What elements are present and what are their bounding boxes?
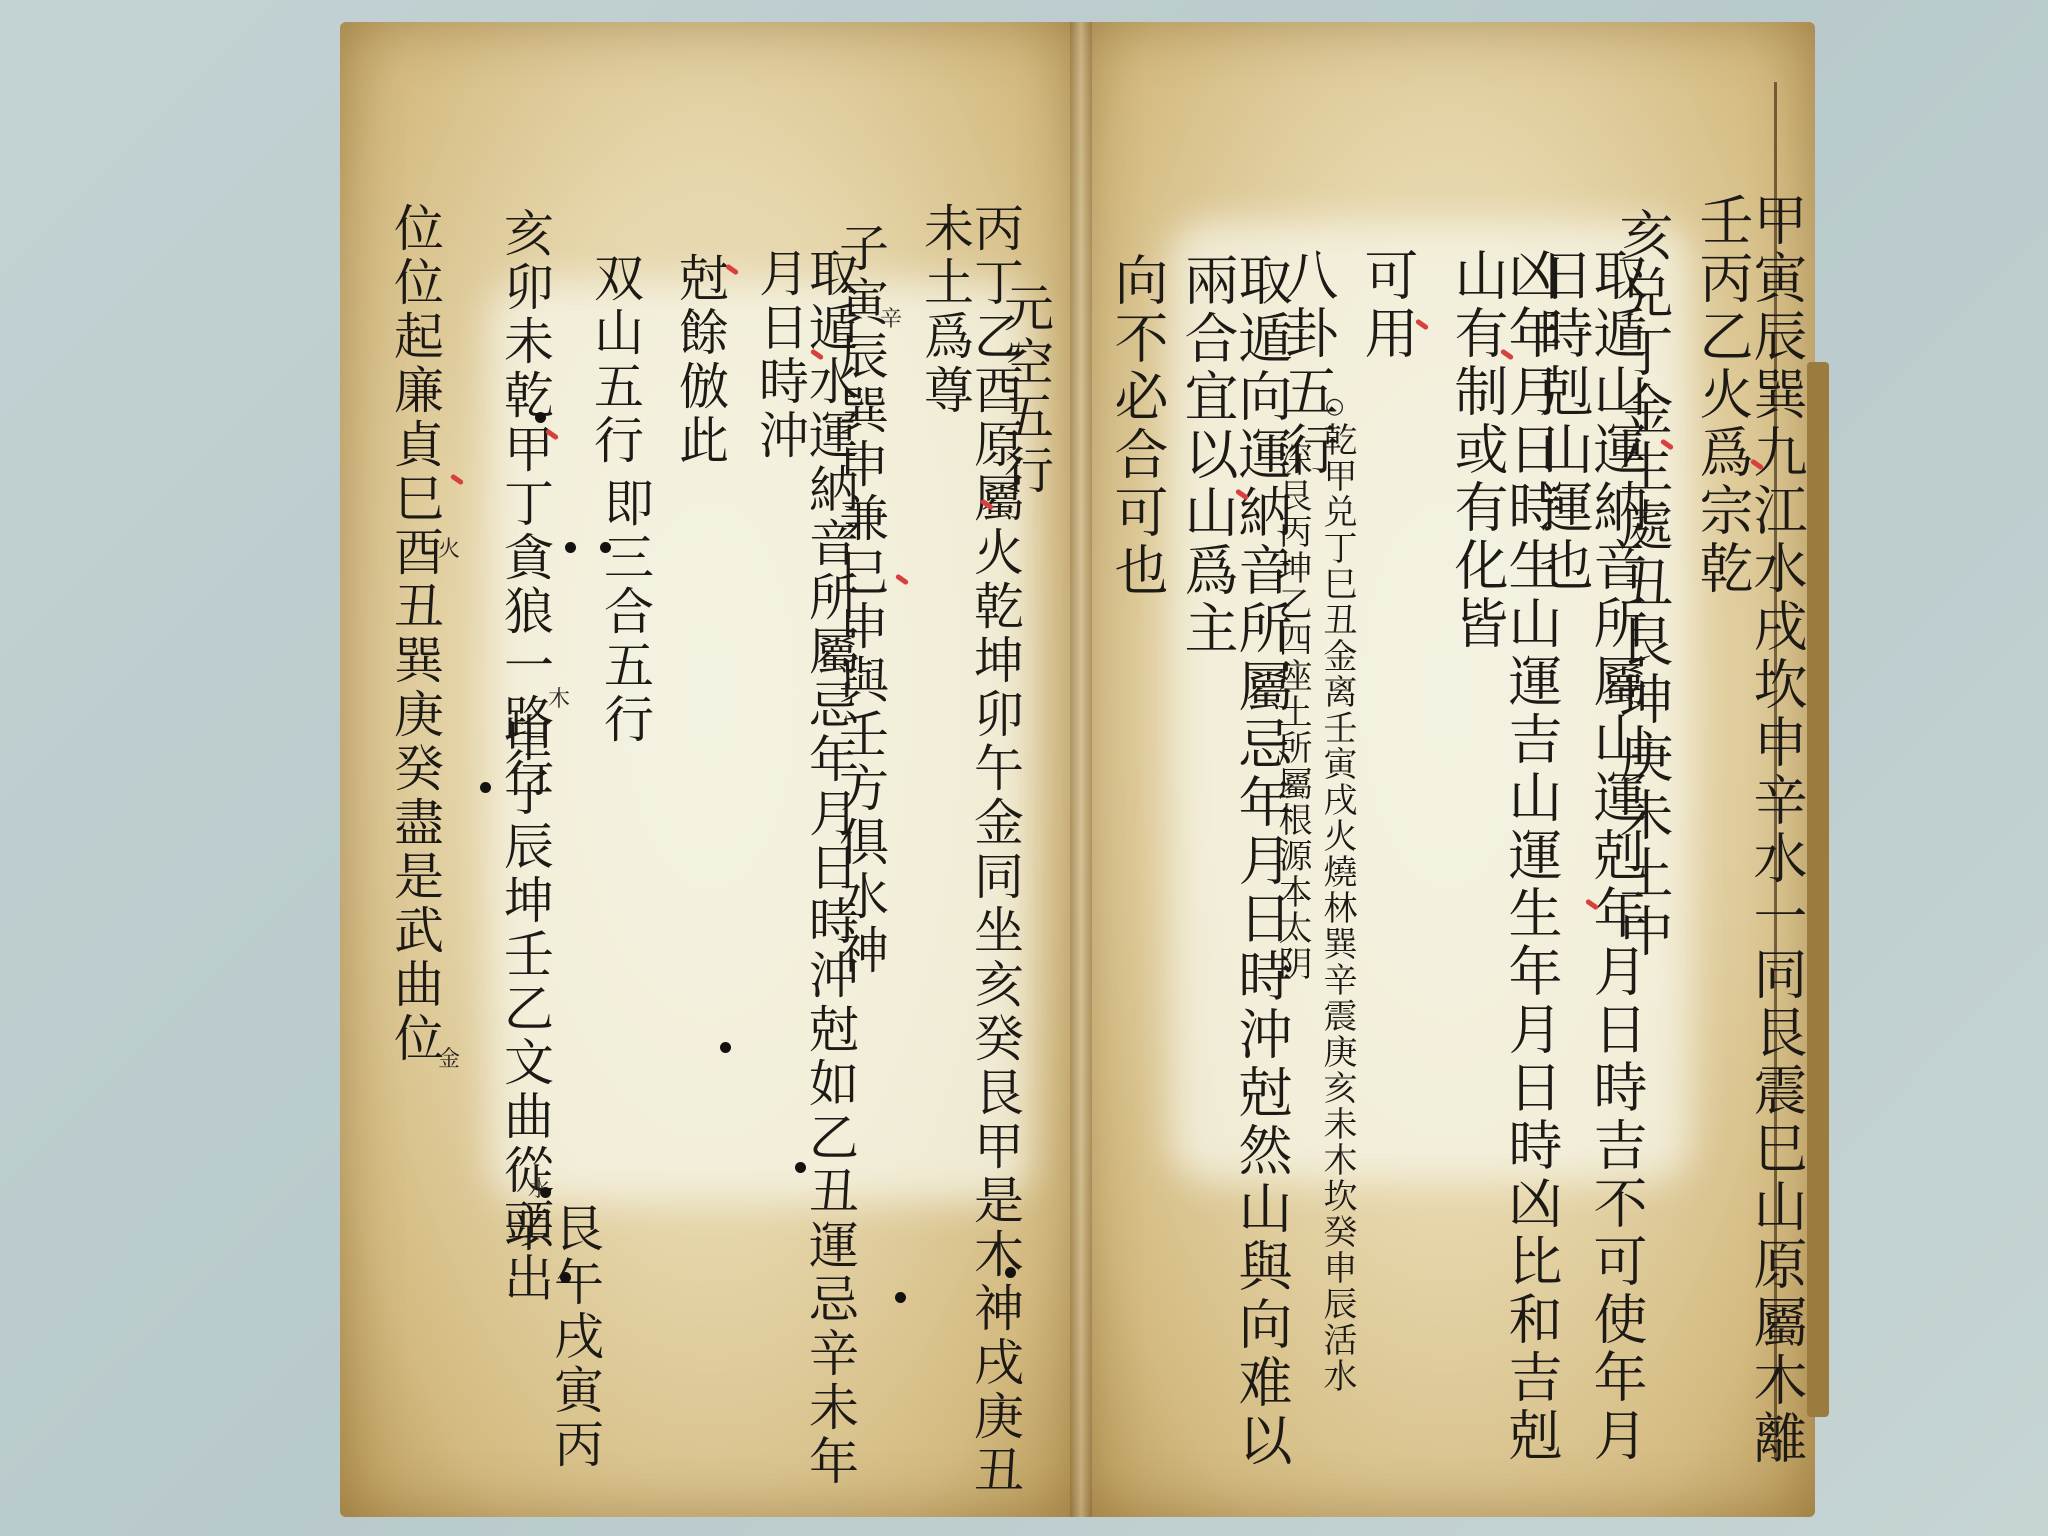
column-l6-heading: 双山五行 (590, 252, 640, 468)
punctuation-dot (535, 412, 546, 423)
punctuation-dot (795, 1162, 806, 1173)
annotation-huo: 火 (438, 532, 460, 563)
annotation-jin: 金 (438, 1042, 460, 1073)
punctuation-dot (1005, 1267, 1016, 1278)
column-l2: 丙丁乙酉原屬火乾坤卯午金同坐亥癸艮甲是木神戌庚丑未土爲尊 (920, 202, 1020, 1517)
punctuation-dot (720, 1042, 731, 1053)
punctuation-dot (600, 542, 611, 553)
column-r5: 可用 (1360, 247, 1414, 363)
punctuation-dot (895, 1292, 906, 1303)
column-r4: 凶年月日時生山運吉山運生年月日時凶比和吉剋山有制或有化皆 (1450, 247, 1558, 1517)
column-r1: 甲寅辰巽九江水戌坎申辛水一同艮震巳山原屬木離壬丙乙火爲宗乾 (1695, 192, 1803, 1517)
column-r9: 取遁向運納音所屬忌年月日時沖尅然山與向难以兩合宜以山爲主 (1180, 252, 1288, 1517)
column-r7-small: 乾甲兑丁巳丑金离壬寅戌火燒林巽辛震庚亥未木坎癸申辰活水 (1320, 422, 1354, 1394)
annotation-mu: 木 (548, 682, 570, 713)
column-r10: 向不必合可也 (1110, 252, 1164, 600)
column-l6-note: 即三合五行 (600, 477, 650, 747)
punctuation-dot (480, 782, 491, 793)
circle-mark: ○ (1325, 394, 1344, 419)
punctuation-dot (540, 1187, 551, 1198)
column-l7c: 艮午戌寅丙辛 (500, 1202, 600, 1517)
annotation-xin: 辛 (880, 302, 902, 333)
column-l8: 位位起廉貞巳酉丑巽庚癸盡是武曲位 (390, 202, 440, 1066)
punctuation-dot (560, 1272, 571, 1283)
manuscript-spread: 甲寅辰巽九江水戌坎申辛水一同艮震巳山原屬木離壬丙乙火爲宗乾 亥兑丁金生處丑艮坤庚… (340, 22, 1815, 1517)
punctuation-dot (565, 542, 576, 553)
column-l5: 尅餘倣此 (675, 252, 725, 468)
column-l4: 取遁水運納音所屬忌年月日時沖尅如乙丑運忌辛未年月日時沖 (755, 247, 855, 1517)
book-gutter (1070, 22, 1092, 1517)
